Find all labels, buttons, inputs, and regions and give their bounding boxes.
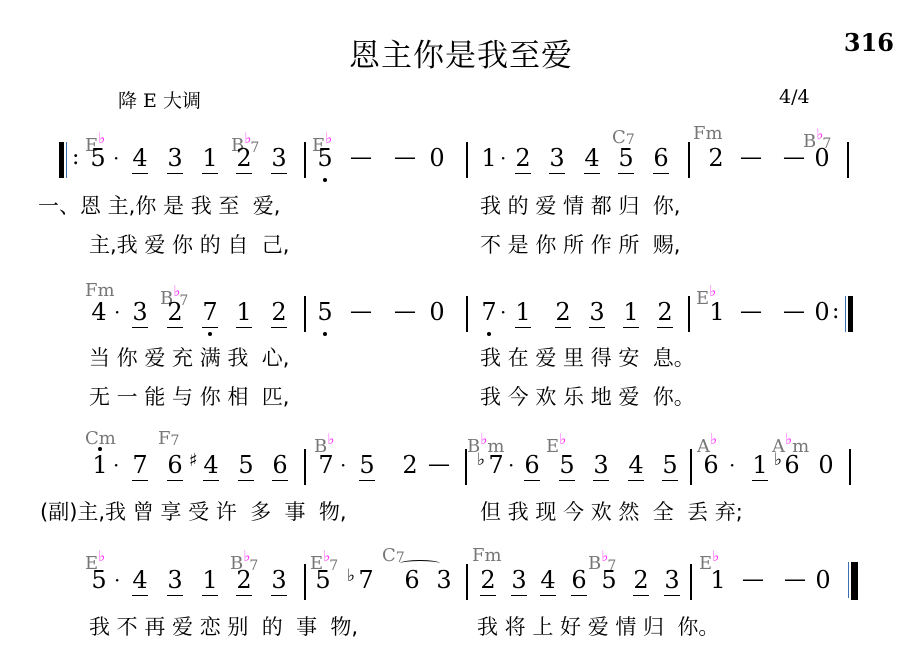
note: 2 <box>165 298 185 326</box>
note: 6 <box>651 144 671 172</box>
lyrics-final: 我 将 上 好 爱 情 归 你。 <box>477 614 719 640</box>
repeat-colon: : <box>832 298 839 326</box>
note: 2 <box>631 566 651 594</box>
barline <box>466 296 468 332</box>
augmentation-dot: · <box>500 298 506 326</box>
note: 5 <box>660 451 680 479</box>
barline <box>847 142 849 178</box>
note: 3 <box>662 566 682 594</box>
note: 2 <box>234 566 254 594</box>
note: 3 <box>434 566 454 594</box>
note: 2 <box>400 451 420 479</box>
note: 3 <box>269 566 289 594</box>
page-number: 316 <box>844 28 894 57</box>
dash: — <box>394 298 416 326</box>
dash: — <box>350 144 372 172</box>
final-barline <box>851 562 858 600</box>
note: 2 <box>513 144 533 172</box>
note: 1 <box>708 566 728 594</box>
dash: — <box>783 298 805 326</box>
lyrics-verse1: 我 的 爱 情 都 归 你, <box>480 193 680 219</box>
note: 7 <box>356 566 376 594</box>
note: 6 <box>522 451 542 479</box>
note: 1 <box>479 144 499 172</box>
barline <box>466 142 468 178</box>
note: 3 <box>587 298 607 326</box>
dash: — <box>394 144 416 172</box>
flat-accidental: ♭ <box>774 446 782 474</box>
note: 7 <box>130 451 150 479</box>
note: 6 <box>402 566 422 594</box>
note: 4 <box>89 298 109 326</box>
barline <box>304 449 306 485</box>
note: 5 <box>313 566 333 594</box>
note: 2 <box>553 298 573 326</box>
barline <box>304 296 306 332</box>
note: 5 <box>315 144 335 172</box>
note: 7 <box>486 451 506 479</box>
note: 7 <box>316 451 336 479</box>
note: 2 <box>706 144 726 172</box>
barline-thin <box>66 142 67 178</box>
note: 1 <box>90 451 110 479</box>
note: 3 <box>547 144 567 172</box>
chord-fm: Fm <box>693 124 723 144</box>
note: 3 <box>130 298 150 326</box>
barline <box>688 142 690 178</box>
augmentation-dot: · <box>113 144 119 172</box>
lyrics-verse2: 无 一 能 与 你 相 匹, <box>89 384 289 410</box>
augmentation-dot: · <box>729 451 735 479</box>
barline <box>304 142 306 178</box>
note: 1 <box>200 566 220 594</box>
note: 5 <box>357 451 377 479</box>
note: 2 <box>478 566 498 594</box>
note: 5 <box>88 144 108 172</box>
note: 0 <box>813 566 833 594</box>
repeat-end-barline <box>848 296 853 332</box>
note: 3 <box>165 566 185 594</box>
note: 3 <box>269 144 289 172</box>
note: 5 <box>557 451 577 479</box>
barline <box>688 296 690 332</box>
augmentation-dot: · <box>114 298 120 326</box>
barline <box>849 449 851 485</box>
sharp-accidental: ♯ <box>189 447 198 475</box>
lyrics-chorus: 但 我 现 今 欢 然 全 丢 弃; <box>480 499 743 525</box>
note: 0 <box>427 298 447 326</box>
dash: — <box>742 566 764 594</box>
augmentation-dot: · <box>114 566 120 594</box>
augmentation-dot: · <box>340 451 346 479</box>
note: 4 <box>538 566 558 594</box>
note: 5 <box>236 451 256 479</box>
dash: — <box>783 144 805 172</box>
note: 2 <box>655 298 675 326</box>
barline <box>465 449 467 485</box>
note: 1 <box>234 298 254 326</box>
lyrics-verse1: 一、恩 主,你 是 我 至 爱, <box>38 193 280 219</box>
note: 1 <box>707 298 727 326</box>
lyrics-verse2: 主,我 爱 你 的 自 己, <box>89 232 289 258</box>
note: 3 <box>509 566 529 594</box>
time-signature: 4/4 <box>779 86 810 108</box>
dash: — <box>428 451 450 479</box>
chord-f7: F7 <box>158 429 179 451</box>
lyrics-verse1: 我 在 爱 里 得 安 息。 <box>480 345 695 371</box>
chord-fm: Fm <box>472 546 502 566</box>
repeat-colon: : <box>72 144 79 172</box>
note: 4 <box>201 451 221 479</box>
note: 6 <box>165 451 185 479</box>
barline <box>466 564 468 600</box>
repeat-start-barline <box>59 142 64 178</box>
note: 5 <box>616 144 636 172</box>
barline-thin <box>845 296 846 332</box>
note: 6 <box>701 451 721 479</box>
note: 3 <box>591 451 611 479</box>
dash: — <box>740 144 762 172</box>
flat-accidental: ♭ <box>477 446 485 474</box>
note: 0 <box>812 144 832 172</box>
note: 2 <box>234 144 254 172</box>
dash: — <box>784 566 806 594</box>
note: 1 <box>200 144 220 172</box>
note: 5 <box>599 566 619 594</box>
dash: — <box>740 298 762 326</box>
note: 2 <box>269 298 289 326</box>
note: 1 <box>513 298 533 326</box>
note: 4 <box>626 451 646 479</box>
note: 7 <box>479 298 499 326</box>
note: 5 <box>315 298 335 326</box>
note: 6 <box>569 566 589 594</box>
dash: — <box>350 298 372 326</box>
note: 4 <box>130 144 150 172</box>
note: 0 <box>812 298 832 326</box>
augmentation-dot: · <box>500 144 506 172</box>
lyrics-verse1: 当 你 爱 充 满 我 心, <box>89 345 289 371</box>
note: 5 <box>89 566 109 594</box>
note: 0 <box>427 144 447 172</box>
augmentation-dot: · <box>113 451 119 479</box>
barline <box>690 564 692 600</box>
flat-accidental: ♭ <box>347 562 355 590</box>
note: 1 <box>621 298 641 326</box>
lyrics-chorus: (副)主,我 曾 享 受 许 多 事 物, <box>40 499 347 525</box>
note: 7 <box>200 298 220 326</box>
note: 4 <box>582 144 602 172</box>
note: 1 <box>750 451 770 479</box>
barline-thin <box>848 562 849 598</box>
barline <box>690 449 692 485</box>
augmentation-dot: · <box>508 451 514 479</box>
chord-cm: Cm <box>85 429 116 449</box>
note: 6 <box>270 451 290 479</box>
note: 0 <box>816 451 836 479</box>
note: 3 <box>165 144 185 172</box>
song-title: 恩主你是我至爱 <box>0 30 922 75</box>
lyrics-verse2: 不 是 你 所 作 所 赐, <box>480 232 680 258</box>
note: 6 <box>782 451 802 479</box>
note: 4 <box>130 566 150 594</box>
key-signature: 降 E 大调 <box>118 86 201 113</box>
lyrics-final: 我 不 再 爱 恋 别 的 事 物, <box>89 614 358 640</box>
barline <box>304 564 306 600</box>
lyrics-verse2: 我 今 欢 乐 地 爱 你。 <box>480 384 695 410</box>
